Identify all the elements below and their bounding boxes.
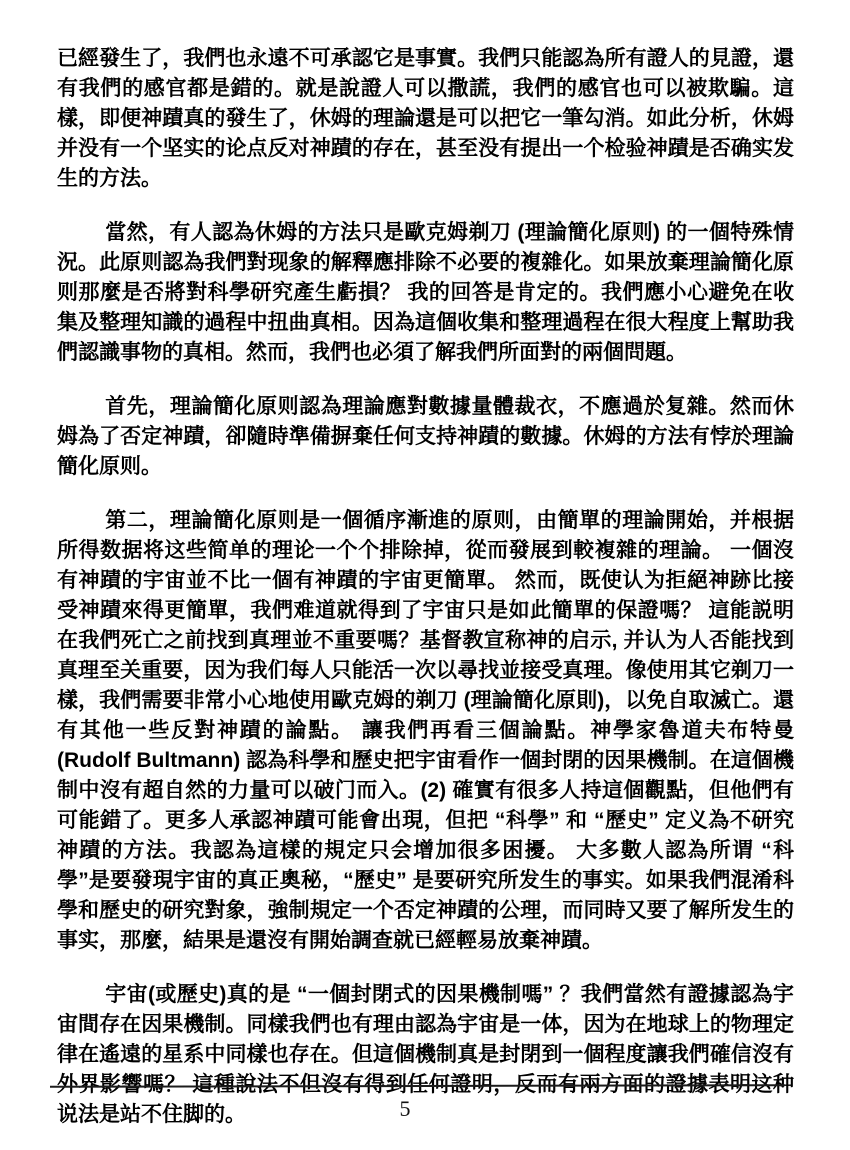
document-body: 已經發生了，我們也永遠不可承認它是事實。我們只能認為所有證人的見證，還有我們的感… bbox=[57, 44, 794, 1150]
paragraph-2: 當然，有人認為休姆的方法只是歐克姆剃刀 (理論簡化原则) 的一個特殊情況。此原则… bbox=[57, 218, 794, 368]
paragraph-1: 已經發生了，我們也永遠不可承認它是事實。我們只能認為所有證人的見證，還有我們的感… bbox=[57, 44, 794, 194]
document-page: 已經發生了，我們也永遠不可承認它是事實。我們只能認為所有證人的見證，還有我們的感… bbox=[0, 0, 850, 1150]
paragraph-4: 第二，理論簡化原则是一個循序漸進的原则，由簡單的理論開始，并根据所得数据将这些简… bbox=[57, 506, 794, 956]
page-number: 5 bbox=[0, 1096, 810, 1122]
paragraph-3: 首先，理論簡化原则認為理論應對數據量體裁衣，不應過於复雜。然而休姆為了否定神蹟，… bbox=[57, 392, 794, 482]
